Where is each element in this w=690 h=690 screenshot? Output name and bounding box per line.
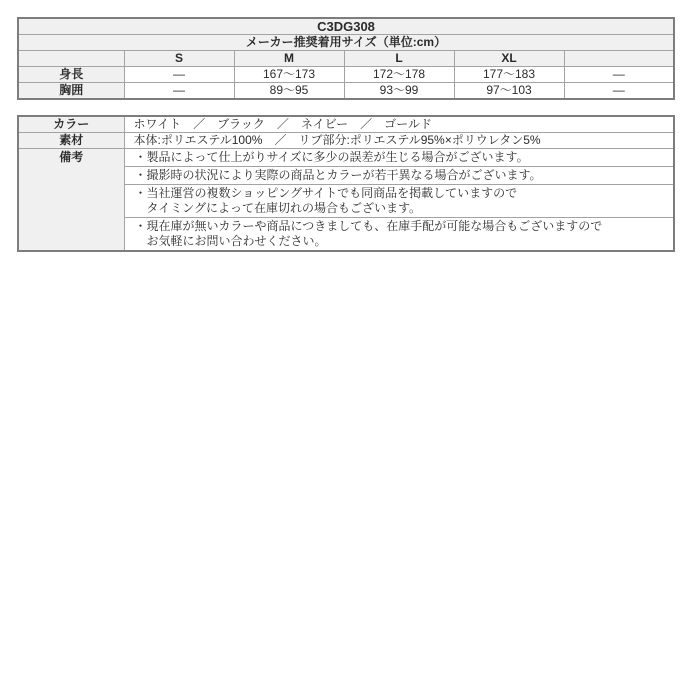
height-s: — — [124, 67, 234, 83]
remark-item-3: ・当社運営の複数ショッピングサイトでも同商品を掲載していますので タイミングによ… — [124, 185, 674, 218]
chest-xl: 97〜103 — [454, 83, 564, 100]
table-row-material: 素材 本体:ポリエステル100% ／ リブ部分:ポリエステル95%×ポリウレタン… — [18, 133, 674, 149]
row-label-remarks: 備考 — [18, 149, 124, 252]
size-header-xl: XL — [454, 51, 564, 67]
product-details-table: カラー ホワイト ／ ブラック ／ ネイビー ／ ゴールド 素材 本体:ポリエス… — [17, 115, 675, 252]
table-row-chest: 胸囲 — 89〜95 93〜99 97〜103 — — [18, 83, 674, 100]
size-chart-table: C3DG308 メーカー推奨着用サイズ（単位:cm） S M L XL 身長 —… — [17, 17, 675, 100]
size-table-title-row: メーカー推奨着用サイズ（単位:cm） — [18, 35, 674, 51]
size-header-empty-left — [18, 51, 124, 67]
chest-m: 89〜95 — [234, 83, 344, 100]
row-label-height: 身長 — [18, 67, 124, 83]
row-label-material: 素材 — [18, 133, 124, 149]
size-header-s: S — [124, 51, 234, 67]
product-spec-page: C3DG308 メーカー推奨着用サイズ（単位:cm） S M L XL 身長 —… — [0, 0, 690, 690]
chest-l: 93〜99 — [344, 83, 454, 100]
remark-item-2: ・撮影時の状況により実際の商品とカラーが若干異なる場合がございます。 — [124, 167, 674, 185]
size-header-l: L — [344, 51, 454, 67]
table-row-height: 身長 — 167〜173 172〜178 177〜183 — — [18, 67, 674, 83]
row-label-color: カラー — [18, 116, 124, 133]
color-value: ホワイト ／ ブラック ／ ネイビー ／ ゴールド — [124, 116, 674, 133]
size-header-m: M — [234, 51, 344, 67]
size-table-title: メーカー推奨着用サイズ（単位:cm） — [18, 35, 674, 51]
material-value: 本体:ポリエステル100% ／ リブ部分:ポリエステル95%×ポリウレタン5% — [124, 133, 674, 149]
height-m: 167〜173 — [234, 67, 344, 83]
table-row-color: カラー ホワイト ／ ブラック ／ ネイビー ／ ゴールド — [18, 116, 674, 133]
chest-extra: — — [564, 83, 674, 100]
height-l: 172〜178 — [344, 67, 454, 83]
table-row-remark-1: 備考 ・製品によって仕上がりサイズに多少の誤差が生じる場合がございます。 — [18, 149, 674, 167]
remark-item-1: ・製品によって仕上がりサイズに多少の誤差が生じる場合がございます。 — [124, 149, 674, 167]
remark-item-4: ・現在庫が無いカラーや商品につきましても、在庫手配が可能な場合もございますので … — [124, 218, 674, 252]
chest-s: — — [124, 83, 234, 100]
height-xl: 177〜183 — [454, 67, 564, 83]
size-header-row: S M L XL — [18, 51, 674, 67]
product-code-row: C3DG308 — [18, 18, 674, 35]
row-label-chest: 胸囲 — [18, 83, 124, 100]
height-extra: — — [564, 67, 674, 83]
product-code: C3DG308 — [18, 18, 674, 35]
size-header-empty-right — [564, 51, 674, 67]
